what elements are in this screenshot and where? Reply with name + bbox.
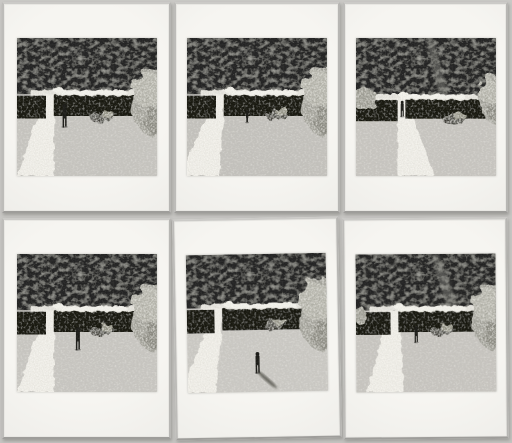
framed-photo-2 [174, 2, 340, 213]
photo-4-garden-figure [17, 254, 157, 392]
photo-3-garden-figure [356, 38, 496, 176]
photo-6-garden-figure [355, 254, 496, 393]
framed-photo-6 [342, 217, 509, 439]
mat-board-2 [177, 5, 337, 210]
framed-photo-3 [343, 2, 508, 213]
mat-board-3 [346, 5, 505, 210]
gallery-wall [0, 0, 512, 443]
mat-board-1 [5, 5, 168, 210]
photo-5-garden-figure [186, 253, 328, 393]
framed-photo-4 [2, 218, 171, 439]
mat-board-5 [175, 220, 339, 438]
mat-board-4 [5, 221, 168, 436]
framed-photo-1 [2, 2, 171, 213]
photo-2-garden-figure [187, 38, 327, 176]
photo-1-garden-figure [17, 38, 157, 176]
mat-board-6 [345, 220, 505, 436]
framed-photo-5 [172, 217, 342, 441]
